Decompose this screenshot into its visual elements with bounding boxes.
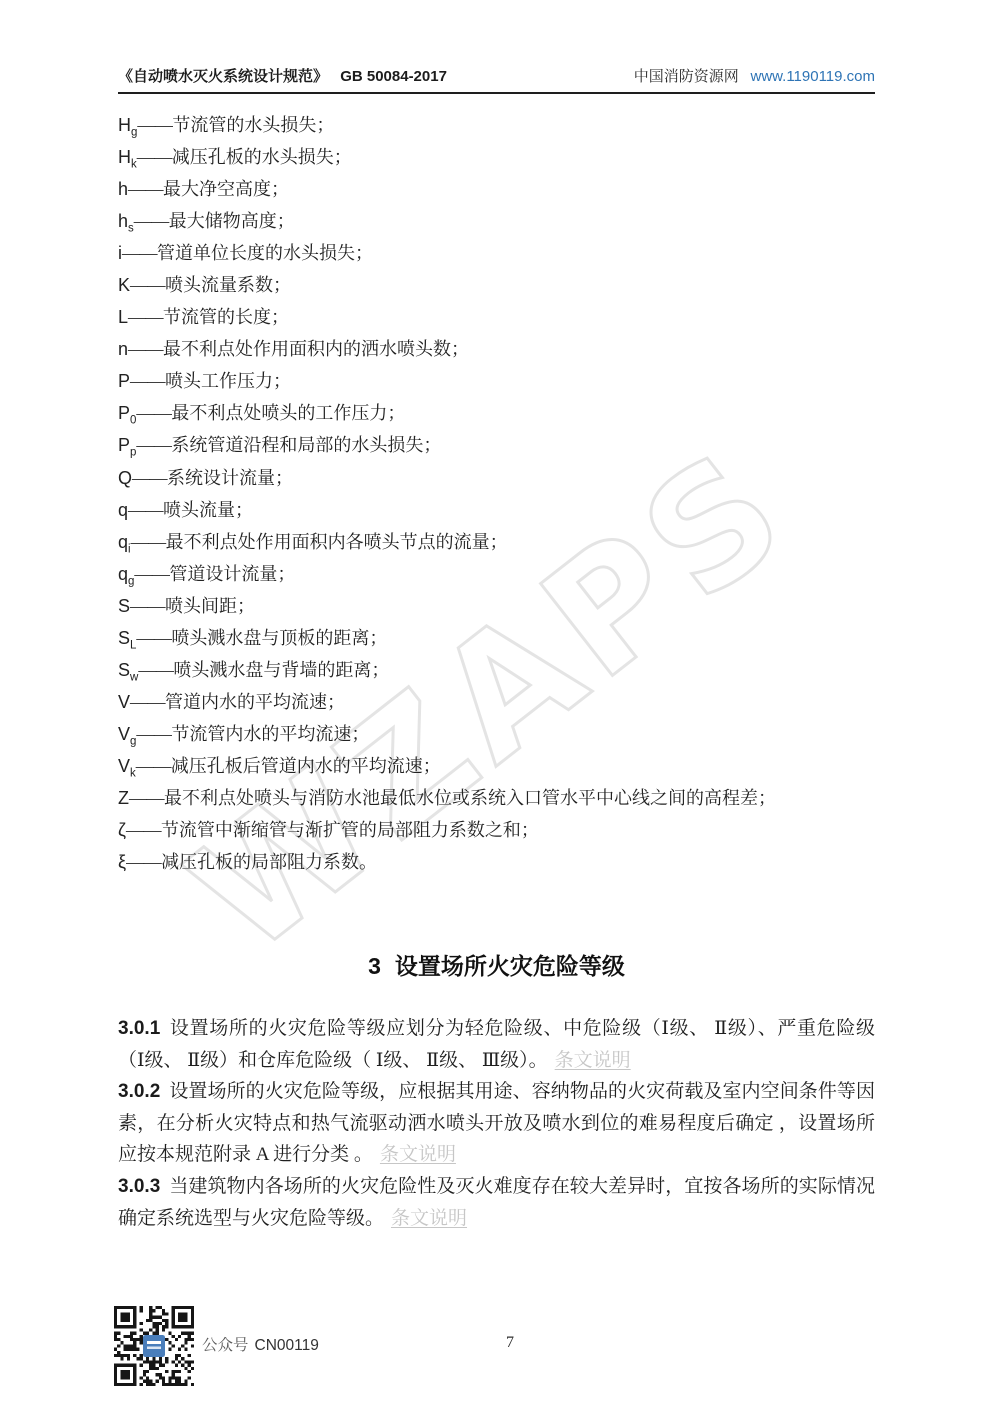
symbol-description: 减压孔板后管道内水的平均流速； [171, 756, 441, 776]
symbol-definition-row: P——喷头工作压力； [118, 365, 875, 397]
symbol-description: 最大储物高度； [169, 211, 295, 231]
symbol-description: 喷头间距； [165, 596, 255, 616]
tiaowen-explanation-link[interactable]: 条文说明 [555, 1050, 631, 1071]
symbol: Hg [118, 115, 137, 135]
symbol: Vg [118, 724, 136, 744]
em-dash: —— [134, 211, 169, 231]
em-dash: —— [130, 596, 165, 616]
em-dash: —— [130, 275, 165, 295]
clause-number: 3.0.1 [118, 1018, 160, 1039]
symbol: S [118, 596, 130, 616]
symbol: K [118, 275, 130, 295]
symbol-description: 喷头溅水盘与背墙的距离； [173, 660, 389, 680]
em-dash: —— [137, 147, 172, 167]
symbol-definition-row: ζ——节流管中渐缩管与渐扩管的局部阻力系数之和； [118, 814, 875, 846]
page-footer: 公众号CN00119 7 [0, 1300, 992, 1403]
em-dash: —— [136, 435, 171, 455]
qr-code-icon [114, 1306, 194, 1386]
symbol-definition-row: h——最大净空高度； [118, 173, 875, 205]
symbol: Z [118, 788, 129, 808]
symbol-definition-row: Z——最不利点处喷头与消防水池最低水位或系统入口管水平中心线之间的高程差； [118, 782, 875, 814]
header-site-info: 中国消防资源网 www.1190119.com [634, 67, 875, 87]
symbol-description: 节流管的长度； [163, 307, 289, 327]
clause: 3.0.3当建筑物内各场所的火灾危险性及灭火难度存在较大差异时，宜按各场所的实际… [118, 1171, 875, 1234]
symbol-definition-row: qg——管道设计流量； [118, 558, 875, 590]
em-dash: —— [129, 788, 164, 808]
symbol-description: 喷头流量系数； [165, 275, 291, 295]
symbol: q [118, 500, 128, 520]
symbol-description: 喷头溅水盘与顶板的距离； [171, 628, 387, 648]
em-dash: —— [136, 628, 171, 648]
symbol: Pp [118, 435, 136, 455]
symbol-definition-row: qi——最不利点处作用面积内各喷头节点的流量； [118, 526, 875, 558]
symbol-definition-row: Vk——减压孔板后管道内水的平均流速； [118, 750, 875, 782]
symbol: Hk [118, 147, 137, 167]
symbol-definition-row: SL——喷头溅水盘与顶板的距离； [118, 622, 875, 654]
site-name: 中国消防资源网 [634, 69, 739, 85]
doc-code: GB 50084-2017 [340, 68, 447, 85]
symbol-definition-row: V——管道内水的平均流速； [118, 686, 875, 718]
symbol-description: 最不利点处作用面积内各喷头节点的流量； [166, 532, 508, 552]
symbol-description: 管道单位长度的水头损失； [157, 243, 373, 263]
symbol: Sw [118, 660, 138, 680]
clause-text: 当建筑物内各场所的火灾危险性及灭火难度存在较大差异时，宜按各场所的实际情况确定系… [118, 1176, 875, 1229]
tiaowen-explanation-link[interactable]: 条文说明 [391, 1208, 467, 1229]
clause-number: 3.0.3 [118, 1176, 160, 1197]
site-url-link[interactable]: www.1190119.com [750, 68, 875, 85]
symbol: Q [118, 468, 132, 488]
wechat-account: 公众号CN00119 [202, 1336, 319, 1356]
symbol-description: 节流管的水头损失； [172, 115, 334, 135]
symbol: L [118, 307, 128, 327]
symbol-description: 减压孔板的水头损失； [172, 147, 352, 167]
em-dash: —— [136, 403, 171, 423]
em-dash: —— [128, 500, 163, 520]
symbol: ζ [118, 820, 126, 840]
em-dash: —— [130, 371, 165, 391]
wechat-account-id: CN00119 [255, 1337, 319, 1354]
symbol-definition-row: ξ——减压孔板的局部阻力系数。 [118, 846, 875, 878]
symbol-definition-row: q——喷头流量； [118, 494, 875, 526]
em-dash: —— [126, 852, 161, 872]
em-dash: —— [126, 820, 161, 840]
symbol: hs [118, 211, 134, 231]
em-dash: —— [128, 339, 163, 359]
em-dash: —— [134, 564, 169, 584]
symbol: h [118, 179, 128, 199]
em-dash: —— [128, 307, 163, 327]
symbol-description: 喷头工作压力； [165, 371, 291, 391]
symbol-definition-row: Hk——减压孔板的水头损失； [118, 141, 875, 173]
em-dash: —— [132, 468, 167, 488]
symbol-description: 系统设计流量； [167, 468, 293, 488]
symbol-description: 管道设计流量； [169, 564, 295, 584]
symbol-definition-row: S——喷头间距； [118, 590, 875, 622]
symbol-definition-row: L——节流管的长度； [118, 301, 875, 333]
symbol-definition-row: Hg——节流管的水头损失； [118, 109, 875, 141]
symbol-description: 节流管内水的平均流速； [171, 724, 369, 744]
symbol-description: 系统管道沿程和局部的水头损失； [171, 435, 441, 455]
symbol-description: 管道内水的平均流速； [165, 692, 345, 712]
chapter-title: 设置场所火灾危险等级 [395, 953, 625, 979]
document-page: 《自动喷水灭火系统设计规范》 GB 50084-2017 中国消防资源网 www… [0, 0, 992, 1403]
symbol: ξ [118, 852, 126, 872]
symbol-description: 喷头流量； [163, 500, 253, 520]
symbol: SL [118, 628, 136, 648]
symbol-definition-row: i——管道单位长度的水头损失； [118, 237, 875, 269]
symbol: V [118, 692, 130, 712]
symbol-definition-row: n——最不利点处作用面积内的洒水喷头数； [118, 333, 875, 365]
symbol: Vk [118, 756, 136, 776]
symbol-description: 最不利点处作用面积内的洒水喷头数； [163, 339, 469, 359]
doc-title: 《自动喷水灭火系统设计规范》 [118, 68, 328, 85]
symbol: P0 [118, 403, 136, 423]
em-dash: —— [138, 660, 173, 680]
symbol: qi [118, 532, 131, 552]
em-dash: —— [136, 724, 171, 744]
chapter-number: 3 [368, 953, 381, 979]
em-dash: —— [122, 243, 157, 263]
header-doc-info: 《自动喷水灭火系统设计规范》 GB 50084-2017 [118, 67, 447, 87]
symbol-definition-row: Vg——节流管内水的平均流速； [118, 718, 875, 750]
symbol-definition-row: K——喷头流量系数； [118, 269, 875, 301]
symbol: P [118, 371, 130, 391]
wechat-label: 公众号 [202, 1337, 249, 1354]
symbol-description: 节流管中渐缩管与渐扩管的局部阻力系数之和； [161, 820, 539, 840]
symbol-list: Hg——节流管的水头损失； Hk——减压孔板的水头损失； h——最大净空高度； … [118, 109, 875, 878]
header-divider [118, 92, 875, 94]
symbol-definition-row: P0——最不利点处喷头的工作压力； [118, 397, 875, 429]
clause: 3.0.2设置场所的火灾危险等级，应根据其用途、容纳物品的火灾荷载及室内空间条件… [118, 1076, 875, 1171]
em-dash: —— [130, 692, 165, 712]
page-number: 7 [506, 1334, 514, 1352]
symbol-definition-row: Pp——系统管道沿程和局部的水头损失； [118, 429, 875, 461]
clause-text: 设置场所的火灾危险等级，应根据其用途、容纳物品的火灾荷载及室内空间条件等因素，在… [118, 1081, 875, 1165]
tiaowen-explanation-link[interactable]: 条文说明 [380, 1144, 456, 1165]
symbol-description: 减压孔板的局部阻力系数。 [161, 852, 377, 872]
symbol: qg [118, 564, 134, 584]
clause: 3.0.1设置场所的火灾危险等级应划分为轻危险级、中危险级（Ⅰ级、 Ⅱ级）、严重… [118, 1013, 875, 1076]
symbol-definition-row: hs——最大储物高度； [118, 205, 875, 237]
em-dash: —— [131, 532, 166, 552]
symbol: n [118, 339, 128, 359]
page-header: 《自动喷水灭火系统设计规范》 GB 50084-2017 中国消防资源网 www… [118, 67, 875, 94]
em-dash: —— [137, 115, 172, 135]
em-dash: —— [128, 179, 163, 199]
symbol-definition-row: Q——系统设计流量； [118, 462, 875, 494]
em-dash: —— [136, 756, 171, 776]
chapter-heading: 3设置场所火灾危险等级 [118, 948, 875, 984]
symbol-description: 最大净空高度； [163, 179, 289, 199]
clause-text: 设置场所的火灾危险等级应划分为轻危险级、中危险级（Ⅰ级、 Ⅱ级）、严重危险级（Ⅰ… [118, 1018, 875, 1071]
symbol-definition-row: Sw——喷头溅水盘与背墙的距离； [118, 654, 875, 686]
symbol-description: 最不利点处喷头的工作压力； [171, 403, 405, 423]
clause-list: 3.0.1设置场所的火灾危险等级应划分为轻危险级、中危险级（Ⅰ级、 Ⅱ级）、严重… [118, 1013, 875, 1234]
symbol-description: 最不利点处喷头与消防水池最低水位或系统入口管水平中心线之间的高程差； [164, 788, 776, 808]
clause-number: 3.0.2 [118, 1081, 160, 1102]
